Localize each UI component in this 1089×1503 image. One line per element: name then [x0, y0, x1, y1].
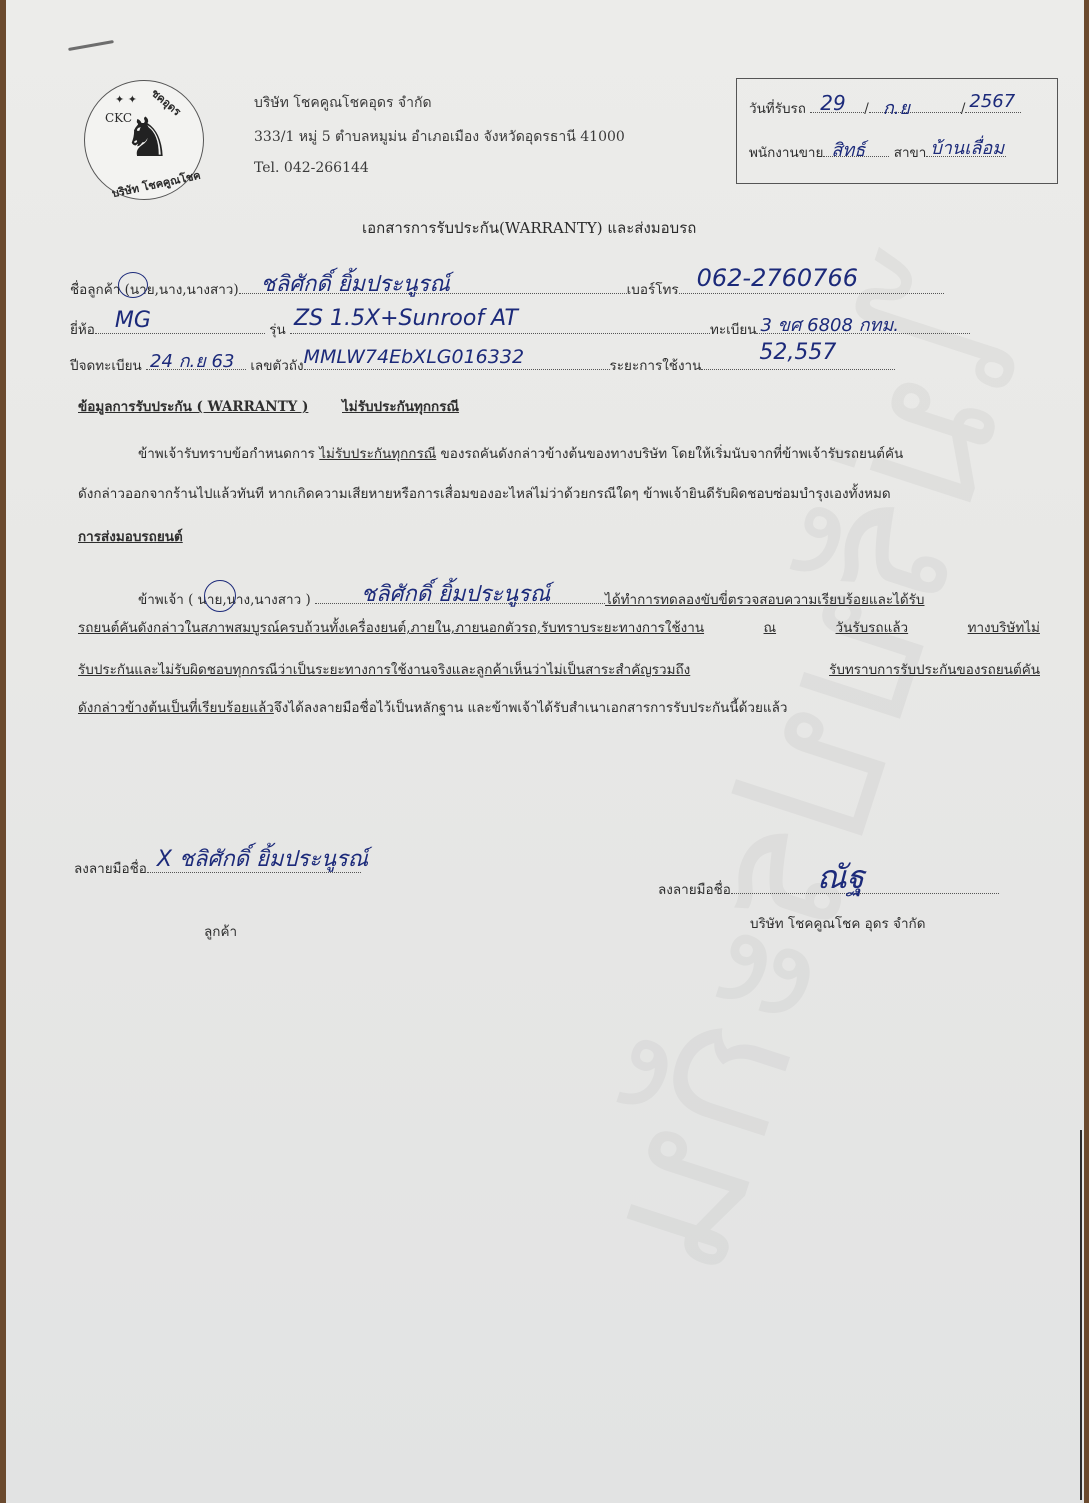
- delivery-line4-post: จึงได้ลงลายมือชื่อไว้เป็นหลักฐาน และข้าพ…: [274, 700, 788, 716]
- staple-mark: [68, 40, 114, 51]
- pegasus-icon: ♞: [123, 111, 171, 165]
- delivery-line3: รับประกันและไม่รับผิดชอบทุกกรณีว่าเป็นระ…: [78, 658, 1040, 680]
- bleed-through-text: ไม่รับประกัน: [512, 243, 1089, 1300]
- warranty-heading: ข้อมูลการรับประกัน ( WARRANTY ): [78, 395, 308, 417]
- customer-name-label: ชื่อลูกค้า (นาย,นาง,นางสาว): [70, 282, 239, 298]
- vin-label: เลขตัวถัง: [250, 358, 303, 374]
- company-name: บริษัท โชคคูณโชคอุดร จำกัด: [254, 92, 432, 114]
- warranty-para-pre: ข้าพเจ้ารับทราบข้อกำหนดการ: [138, 446, 315, 462]
- plate-label: ทะเบียน: [710, 322, 756, 338]
- model-value: ZS 1.5X+Sunroof AT: [294, 306, 518, 331]
- page-edge-shadow: [1080, 1130, 1082, 1500]
- warranty-para-post: ของรถคันดังกล่าวข้างต้นของทางบริษัท โดยใ…: [441, 446, 904, 462]
- delivery-circle-mark: [204, 580, 236, 612]
- delivery-name-value: ชลิศักดิ์ ยิ้มประนูรณ์: [361, 576, 550, 611]
- customer-signature: X ชลิศักดิ์ ยิ้มประนูรณ์: [157, 841, 368, 876]
- branch-label: สาขา: [894, 145, 927, 161]
- phone-value: 062-2760766: [697, 264, 858, 292]
- customer-name-value: ชลิศักดิ์ ยิ้มประนูรณ์: [261, 266, 450, 301]
- logo-ring-bottom: บริษัท โชคคูณโชค: [110, 166, 202, 202]
- company-address: 333/1 หมู่ 5 ตำบลหมูม่น อำเภอเมือง จังหว…: [254, 126, 625, 148]
- delivery-line4-underlined: ดังกล่าวข้างต้นเป็นที่เรียบร้อยแล้ว: [78, 700, 274, 716]
- delivery-heading: การส่งมอบรถยนต์: [78, 525, 183, 547]
- company-signature-label: ลงลายมือชื่อ: [658, 882, 731, 898]
- phone-label: เบอร์โทร: [627, 282, 679, 298]
- salesperson-value: สิทธ์: [831, 135, 865, 164]
- brand-value: MG: [115, 308, 151, 333]
- document-title: เอกสารการรับประกัน(WARRANTY) และส่งมอบรถ: [362, 216, 696, 240]
- stars-icon: ✦ ✦: [115, 93, 137, 106]
- reg-year-label: ปีจดทะเบียน: [70, 358, 142, 374]
- salesperson-label: พนักงานขาย: [749, 145, 823, 161]
- mileage-label: ระยะการใช้งาน: [610, 358, 702, 374]
- reg-year-value: 24 ก.ย 63: [150, 346, 234, 375]
- receipt-day: 29: [820, 91, 845, 115]
- title-circle-mark: [118, 272, 148, 298]
- company-logo: ✦ ✦ CKC ชคอุดร ♞ บริษัท โชคคูณโชค: [84, 80, 204, 200]
- branch-value: บ้านเลื่อม: [930, 133, 1004, 162]
- receipt-date-label: วันที่รับรถ: [749, 101, 806, 117]
- mileage-value: 52,557: [759, 340, 836, 365]
- delivery-line2: รถยนต์คันดังกล่าวในสภาพสมบูรณ์ครบถ้วนทั้…: [78, 616, 1040, 638]
- brand-label: ยี่ห้อ: [70, 322, 95, 338]
- model-label: รุ่น: [269, 322, 285, 338]
- warranty-para-line2: ดังกล่าวออกจากร้านไปแล้วทันที หากเกิดควา…: [78, 482, 891, 504]
- customer-caption: ลูกค้า: [204, 920, 237, 942]
- receipt-month: ก.ย: [883, 93, 910, 122]
- company-signature: ณัฐ: [817, 852, 864, 903]
- plate-value: 3 ขศ 6808 กทม.: [760, 310, 899, 339]
- document-sheet: ไม่รับประกัน ✦ ✦ CKC ชคอุดร ♞ บริษัท โชค…: [6, 0, 1084, 1503]
- company-tel: Tel. 042-266144: [254, 160, 369, 176]
- receipt-info-box: วันที่รับรถ 29/ก.ย/2567 พนักงานขายสิทธ์ …: [736, 78, 1058, 184]
- delivery-line1-post: ได้ทำการทดลองขับขี่ตรวจสอบความเรียบร้อยแ…: [605, 592, 924, 608]
- warranty-para-underlined: ไม่รับประกันทุกกรณี: [319, 446, 436, 462]
- receipt-year: 2567: [969, 91, 1015, 112]
- customer-signature-label: ลงลายมือชื่อ: [74, 861, 147, 877]
- vin-value: MMLW74EbXLG016332: [304, 346, 525, 368]
- company-caption: บริษัท โชคคูณโชค อุดร จำกัด: [750, 912, 926, 934]
- warranty-status: ไม่รับประกันทุกกรณี: [342, 395, 459, 417]
